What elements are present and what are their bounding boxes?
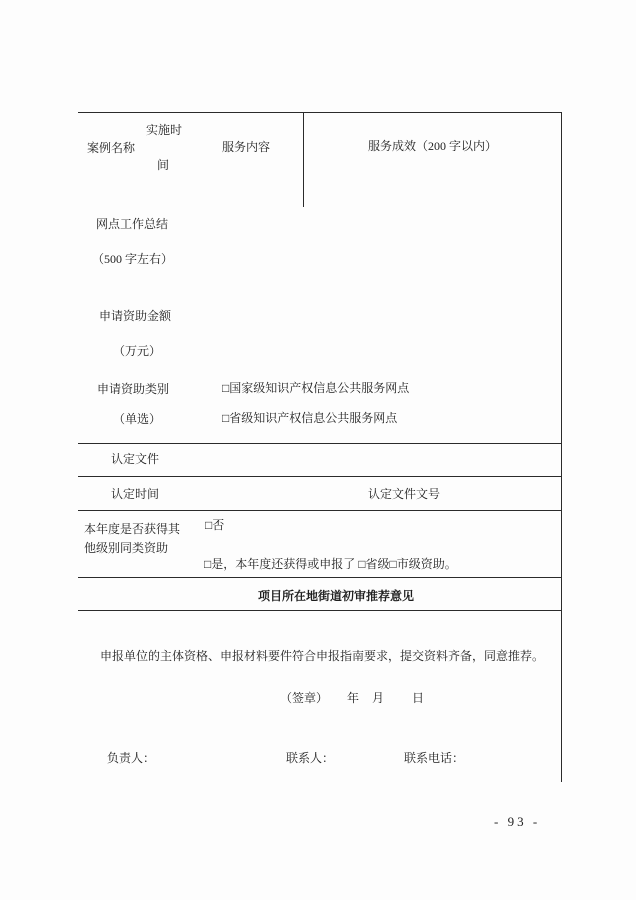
contact-phone-label: 联系电话： (404, 751, 464, 766)
service-content-label: 服务内容 (222, 140, 270, 155)
other-subsidy-label-line1: 本年度是否获得其 (84, 522, 180, 537)
month-label: 月 (372, 691, 384, 706)
street-review-header: 项目所在地街道初审推荐意见 (258, 589, 414, 604)
year-label: 年 (347, 691, 359, 706)
impl-time-label-line2: 间 (157, 158, 169, 173)
document-page: 案例名称 实施时 间 服务内容 服务成效（200 字以内） 网点工作总结 （50… (0, 0, 636, 900)
other-subsidy-option-yes: □是，本年度还获得或申报了 □省级□市级资助。 (204, 557, 457, 572)
case-name-label: 案例名称 (87, 141, 135, 156)
recognition-time-label: 认定时间 (111, 487, 159, 502)
subsidy-category-title: 申请资助类别 (97, 382, 169, 397)
category-option-national: □国家级知识产权信息公共服务网点 (222, 381, 409, 396)
other-subsidy-option-no: □否 (205, 518, 224, 533)
subsidy-amount-unit: （万元） (113, 344, 161, 359)
recognition-file-label: 认定文件 (111, 452, 159, 467)
rule-below-review-header (78, 610, 562, 611)
subsidy-amount-title: 申请资助金额 (99, 309, 171, 324)
table-top-border (78, 112, 562, 113)
site-summary-title: 网点工作总结 (96, 217, 168, 232)
row1-column-divider (303, 113, 304, 207)
page-number: - 93 - (494, 814, 540, 830)
contact-person-label: 联系人： (286, 751, 334, 766)
rule-above-recognition-time (78, 476, 562, 477)
impl-time-label-line1: 实施时 (146, 123, 182, 138)
responsible-person-label: 负责人： (107, 751, 155, 766)
site-summary-note: （500 字左右） (92, 252, 173, 267)
review-statement: 申报单位的主体资格、申报材料要件符合申报指南要求，提交资料齐备，同意推荐。 (100, 649, 544, 664)
seal-label: （签章） (280, 691, 328, 706)
other-subsidy-label-line2: 他级别同类资助 (84, 541, 168, 556)
table-right-border (561, 112, 562, 782)
rule-above-other-subsidy (78, 510, 562, 511)
recognition-doc-no-label: 认定文件文号 (368, 487, 440, 502)
day-label: 日 (412, 691, 424, 706)
service-effect-label: 服务成效（200 字以内） (368, 139, 497, 154)
rule-above-recognition-file (78, 443, 562, 444)
subsidy-category-note: （单选） (113, 412, 161, 427)
rule-above-review-header (78, 577, 562, 578)
category-option-provincial: □省级知识产权信息公共服务网点 (222, 411, 397, 426)
